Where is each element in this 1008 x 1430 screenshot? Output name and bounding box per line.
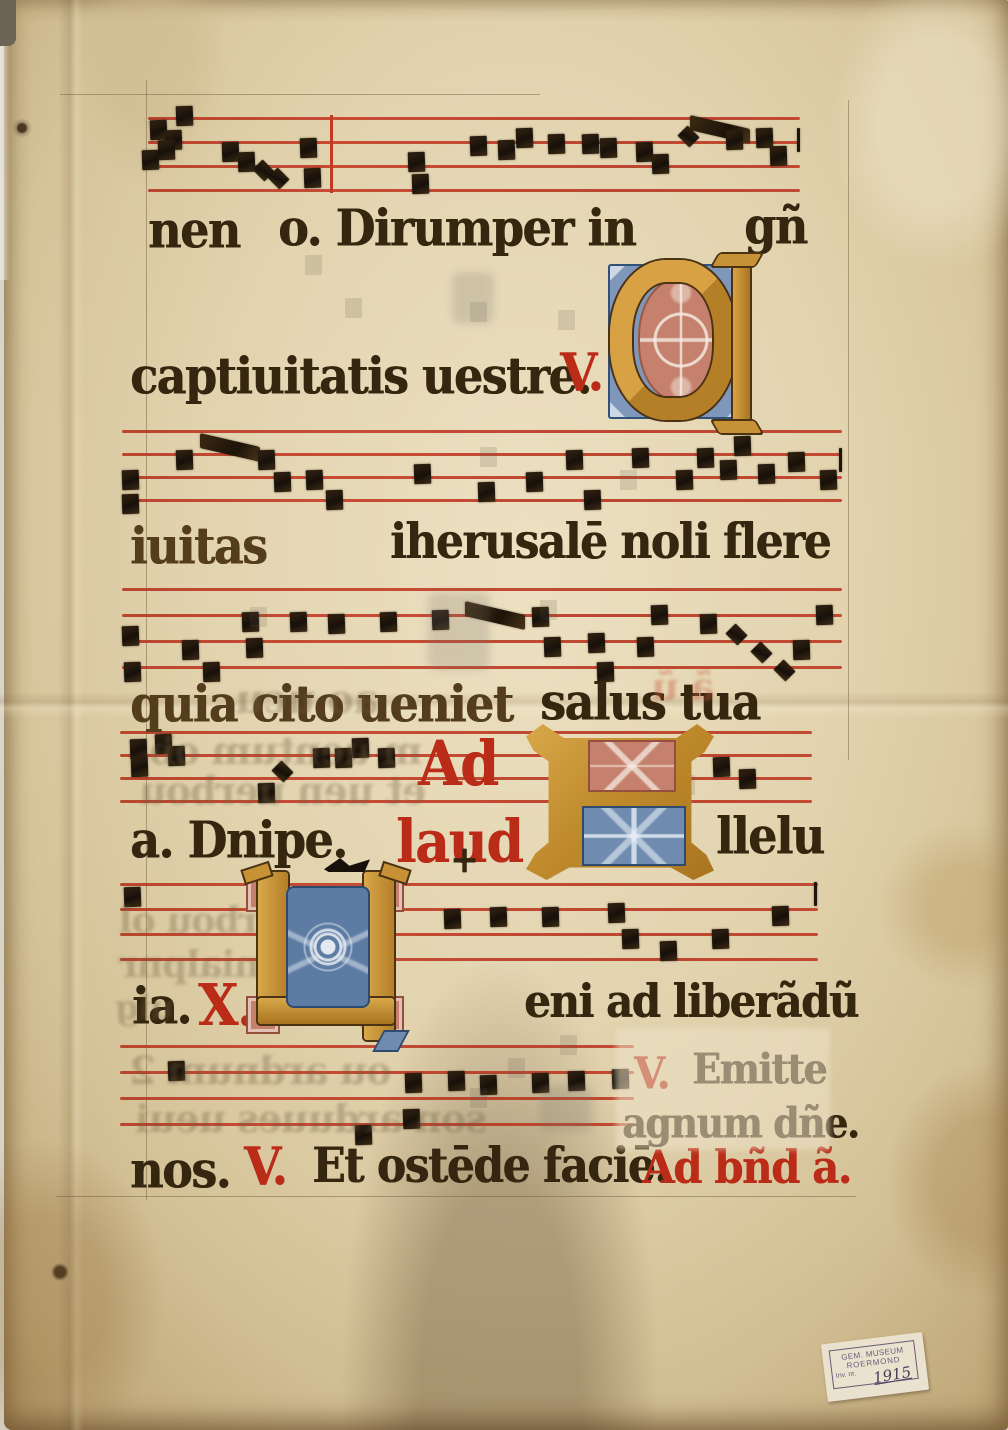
neume-punctum	[788, 452, 806, 473]
neume-punctum	[713, 757, 731, 778]
staff-line	[120, 883, 818, 886]
initial-a-blue-panel	[582, 806, 686, 866]
neume-punctum	[758, 464, 776, 485]
ghost-neume	[250, 607, 267, 627]
neume-punctum	[405, 1073, 423, 1094]
ghost-neume	[540, 600, 557, 620]
stain-smudge	[540, 1086, 592, 1132]
neume-punctum	[582, 134, 600, 155]
ruling-guide-vertical-right	[848, 100, 849, 760]
neume-punctum	[542, 907, 560, 928]
neume-punctum	[652, 154, 670, 175]
ghost-neume	[560, 1035, 577, 1055]
bleedthrough-text: ou ardnum 2	[130, 1048, 392, 1093]
neume-punctum	[676, 470, 694, 491]
bleedthrough-text: et uen uerbou	[140, 768, 426, 813]
barline-tick	[839, 448, 842, 472]
initial-a-rose-panel	[588, 740, 676, 792]
neume-punctum	[697, 448, 715, 469]
neume-punctum	[412, 174, 430, 195]
neume-punctum	[726, 130, 744, 151]
neume-punctum	[636, 142, 654, 163]
neume-punctum	[470, 136, 488, 157]
ghost-neume	[480, 447, 497, 467]
ghost-neume	[508, 1058, 525, 1078]
neume-punctum	[637, 637, 655, 658]
line2-words: captiuitatis uestre.	[130, 346, 591, 405]
neume-punctum	[588, 633, 606, 654]
neume-punctum	[490, 907, 508, 928]
illuminated-initial-c: C	[608, 260, 758, 423]
stain-smudge	[428, 592, 490, 670]
neume-punctum	[408, 152, 426, 173]
line7-versicle: V.	[244, 1136, 287, 1198]
ghost-neume	[305, 255, 322, 275]
neume-punctum	[498, 140, 516, 161]
neume-punctum	[122, 470, 140, 491]
neume-punctum	[526, 472, 544, 493]
barline-tick	[814, 882, 817, 906]
ghost-neume	[345, 298, 362, 318]
neume-punctum	[176, 450, 194, 471]
initial-c-gold-letterform	[610, 260, 736, 420]
neume-punctum	[246, 638, 264, 659]
neume-punctum	[770, 146, 788, 167]
neume-punctum	[142, 150, 160, 171]
illuminated-initial-a: A	[526, 724, 714, 880]
initial-u-blue-rosette-panel	[286, 886, 370, 1008]
stain-smudge	[452, 272, 494, 324]
illuminated-initial-u: U	[248, 872, 406, 1044]
line5-words2: llelu	[716, 806, 824, 865]
ruling-guide-horizontal-top	[60, 94, 540, 95]
line2-versicle: V.	[560, 342, 603, 404]
bleedthrough-text: m uentum ob	[150, 728, 422, 773]
initial-c-serif-bottom	[713, 421, 762, 433]
museum-label: GEM. MUSEUM ROERMOND Inv. nr. 1915	[821, 1332, 929, 1402]
rubric-ad: Ad	[418, 728, 498, 801]
neume-punctum	[176, 106, 194, 127]
line7-words2: Et ostēde faciē.	[312, 1138, 668, 1194]
neume-punctum	[816, 605, 834, 626]
neume-punctum	[300, 138, 318, 159]
neume-punctum	[122, 494, 140, 515]
neume-punctum	[290, 612, 308, 633]
neume-punctum	[660, 941, 678, 962]
initial-c-serif-top	[713, 254, 762, 266]
line5-words: a. Dnipe.	[130, 810, 347, 869]
bleedthrough-text: ao ucu	[236, 676, 379, 723]
neume-punctum	[820, 470, 838, 491]
neume-punctum	[584, 490, 602, 511]
neume-punctum	[448, 1071, 466, 1092]
ghost-neume	[470, 1088, 487, 1108]
pale-patch	[616, 1028, 830, 1150]
neume-punctum	[720, 460, 738, 481]
neume-punctum	[304, 168, 322, 189]
neume-punctum	[326, 490, 344, 511]
neume-punctum	[548, 134, 566, 155]
line4-words2: salus tua	[540, 672, 760, 731]
neume-punctum	[478, 482, 496, 503]
neume-punctum	[632, 448, 650, 469]
neume-punctum	[414, 464, 432, 485]
neume-punctum	[700, 614, 718, 635]
neume-punctum	[772, 906, 790, 927]
neume-punctum	[608, 903, 626, 924]
line5-cross-mark: +	[450, 838, 477, 882]
line1-words3: gñ	[744, 196, 807, 255]
line3-words: iuitas	[130, 516, 266, 575]
staff-barline	[330, 115, 333, 193]
neume-punctum	[380, 612, 398, 633]
initial-c-gold-stem	[733, 256, 750, 426]
neume-punctum	[651, 605, 669, 626]
line3-words2: iherusalē noli flere	[390, 514, 830, 570]
neume-punctum	[600, 138, 618, 159]
neume-punctum	[793, 640, 811, 661]
line1-words: nen	[148, 200, 240, 259]
line7-words: nos.	[130, 1140, 230, 1199]
ghost-neume	[620, 470, 637, 490]
neume-punctum	[544, 637, 562, 658]
manuscript-photo: neno. Dirumper ingñcaptiuitatis uestre.V…	[0, 0, 1008, 1430]
barline-tick	[797, 128, 800, 152]
neume-punctum	[158, 140, 176, 161]
neume-punctum	[516, 128, 534, 149]
neume-punctum	[734, 436, 752, 457]
neume-punctum	[274, 472, 292, 493]
neume-punctum	[328, 614, 346, 635]
neume-punctum	[306, 470, 324, 491]
bleedthrough-text: son arduues ueui	[136, 1096, 487, 1141]
neume-punctum	[566, 450, 584, 471]
ghost-neume	[558, 310, 575, 330]
bleedthrough-text: ã ũ	[652, 664, 714, 709]
neume-punctum	[622, 929, 640, 950]
neume-punctum	[444, 909, 462, 930]
neume-punctum	[712, 929, 730, 950]
bleedthrough-text: uig	[116, 988, 174, 1028]
neume-punctum	[739, 769, 757, 790]
neume-punctum	[756, 128, 774, 149]
line6-words2: eni ad liberãdũ	[524, 974, 858, 1028]
line1-words2: o. Dirumper in	[278, 198, 635, 257]
neume-punctum	[182, 640, 200, 661]
staff-line	[122, 588, 842, 591]
neume-punctum	[122, 626, 140, 647]
staff-line	[148, 189, 800, 192]
neume-punctum	[258, 450, 276, 471]
